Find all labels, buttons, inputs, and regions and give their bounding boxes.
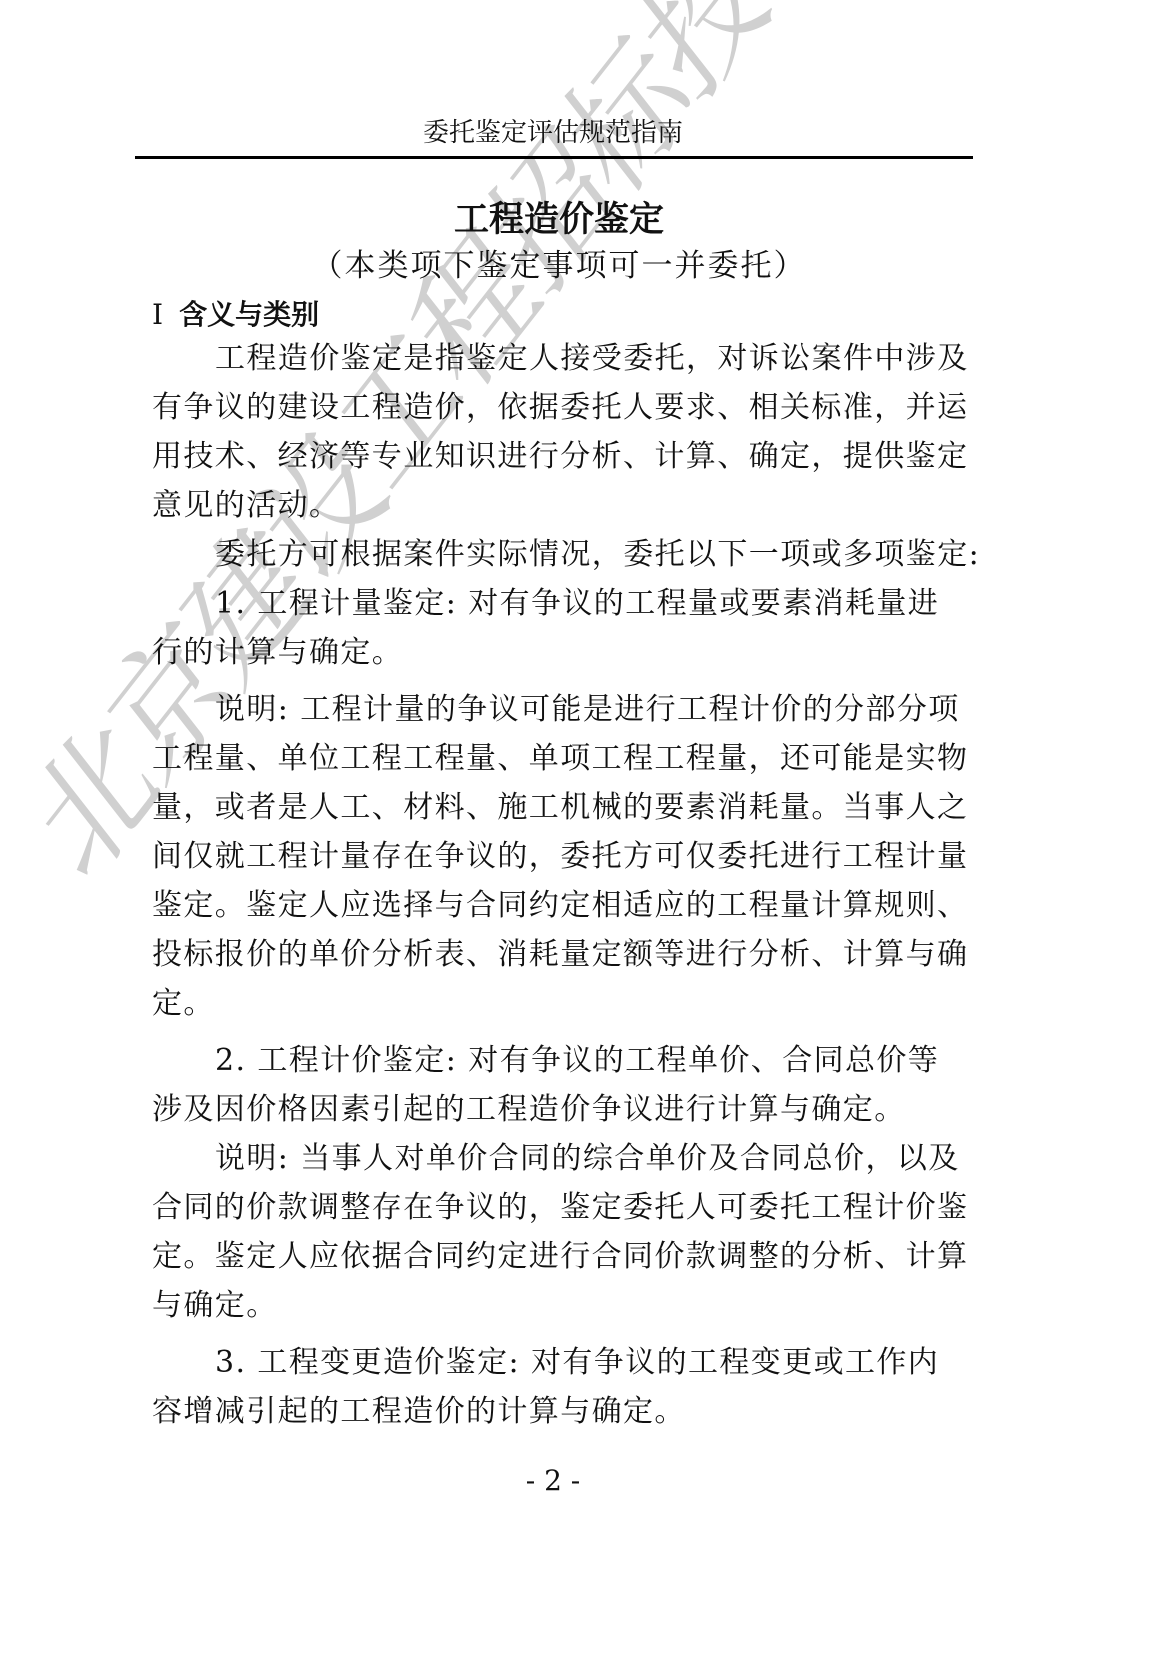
paragraph-line: 用技术、经济等专业知识进行分析、计算、确定，提供鉴定 xyxy=(152,432,972,481)
note-line: 与确定。 xyxy=(152,1281,972,1330)
note-line: 投标报价的单价分析表、消耗量定额等进行分析、计算与确 xyxy=(152,930,972,979)
document-body: 工程造价鉴定是指鉴定人接受委托，对诉讼案件中涉及 有争议的建设工程造价，依据委托… xyxy=(152,334,972,1436)
list-item-line: 行的计算与确定。 xyxy=(152,628,972,677)
list-item-line: 3. 工程变更造价鉴定: 对有争议的工程变更或工作内 xyxy=(152,1338,972,1387)
document-title: 工程造价鉴定 xyxy=(0,192,1118,242)
note-line: 合同的价款调整存在争议的，鉴定委托人可委托工程计价鉴 xyxy=(152,1183,972,1232)
note-line: 鉴定。鉴定人应选择与合同约定相适应的工程量计算规则、 xyxy=(152,881,972,930)
section-number: I xyxy=(152,298,163,331)
list-item-line: 1. 工程计量鉴定: 对有争议的工程量或要素消耗量进 xyxy=(152,579,972,628)
paragraph-line: 委托方可根据案件实际情况，委托以下一项或多项鉴定: xyxy=(152,530,972,579)
document-subtitle: （本类项下鉴定事项可一并委托） xyxy=(0,240,1118,285)
note-line: 说明: 工程计量的争议可能是进行工程计价的分部分项 xyxy=(152,685,972,734)
note-line: 定。鉴定人应依据合同约定进行合同价款调整的分析、计算 xyxy=(152,1232,972,1281)
note-line: 工程量、单位工程工程量、单项工程工程量，还可能是实物 xyxy=(152,734,972,783)
header-divider xyxy=(135,156,973,159)
section-heading: I含义与类别 xyxy=(152,293,319,333)
section-title: 含义与类别 xyxy=(179,298,319,331)
note-line: 说明: 当事人对单价合同的综合单价及合同总价，以及 xyxy=(152,1134,972,1183)
paragraph-line: 有争议的建设工程造价，依据委托人要求、相关标准，并运 xyxy=(152,383,972,432)
list-item-line: 涉及因价格因素引起的工程造价争议进行计算与确定。 xyxy=(152,1085,972,1134)
list-item-line: 容增减引起的工程造价的计算与确定。 xyxy=(152,1387,972,1436)
document-page: 北京建设工程招标投标和造价管理协会 委托鉴定评估规范指南 工程造价鉴定 （本类项… xyxy=(0,0,1166,1654)
page-number: - 2 - xyxy=(0,1464,1106,1497)
note-line: 间仅就工程计量存在争议的，委托方可仅委托进行工程计量 xyxy=(152,832,972,881)
note-line: 量，或者是人工、材料、施工机械的要素消耗量。当事人之 xyxy=(152,783,972,832)
paragraph-line: 意见的活动。 xyxy=(152,481,972,530)
paragraph-line: 工程造价鉴定是指鉴定人接受委托，对诉讼案件中涉及 xyxy=(152,334,972,383)
list-item-line: 2. 工程计价鉴定: 对有争议的工程单价、合同总价等 xyxy=(152,1036,972,1085)
note-line: 定。 xyxy=(152,979,972,1028)
running-header: 委托鉴定评估规范指南 xyxy=(0,112,1106,149)
